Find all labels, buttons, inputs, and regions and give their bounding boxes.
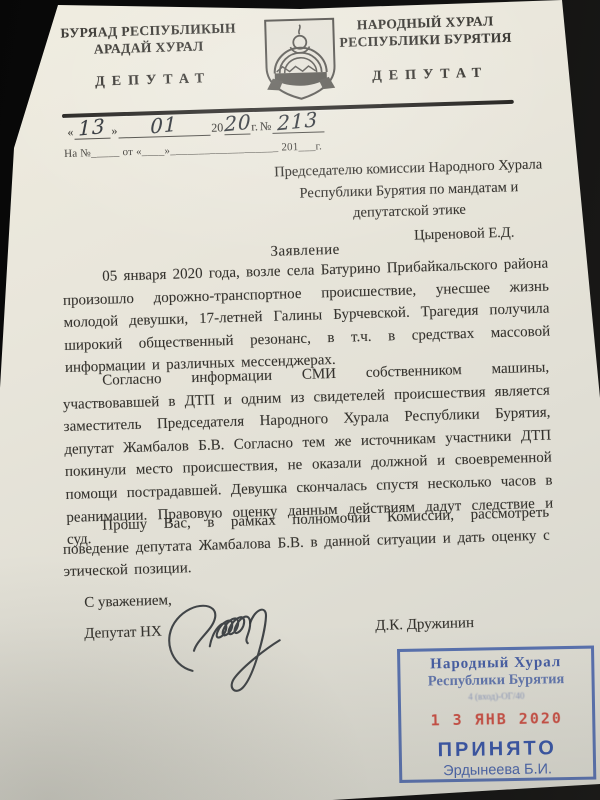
stamp-org-line2: Республики Бурятия bbox=[428, 671, 565, 690]
paper-sheet: БУРЯАД РЕСПУБЛИКЫН АРАДАЙ ХУРАЛ ДЕПУТАТ bbox=[0, 0, 600, 800]
ref-day-underline: 13 bbox=[74, 119, 111, 140]
ref-year-handwritten: 20 bbox=[224, 113, 251, 132]
letterhead-left-org: БУРЯАД РЕСПУБЛИКЫН АРАДАЙ ХУРАЛ bbox=[48, 20, 249, 59]
signer-role: Депутат НХ bbox=[84, 624, 162, 643]
stamp-clerk-name: Эрдынеева Б.И. bbox=[443, 761, 552, 779]
registration-stamp: Народный Хурал Республики Бурятия 4 (вхо… bbox=[397, 646, 596, 783]
stamp-registry-line: 4 (вход)-ОГ/40 bbox=[468, 691, 524, 702]
ref-month-handwritten: 01 bbox=[150, 116, 177, 135]
letterhead-left-role: ДЕПУТАТ bbox=[48, 70, 258, 92]
stamp-status: ПРИНЯТО bbox=[437, 737, 557, 762]
ref-day-handwritten: 13 bbox=[79, 118, 106, 137]
reference-line: « 13 » 01 20 20 г. № 213 bbox=[66, 112, 325, 140]
letterhead-right-role: ДЕПУТАТ bbox=[340, 65, 520, 86]
handwritten-signature bbox=[152, 581, 326, 711]
buryatia-emblem-icon bbox=[258, 14, 343, 109]
ref-year-prefix: 20 bbox=[210, 120, 224, 135]
signer-name: Д.К. Дружинин bbox=[375, 615, 474, 635]
letterhead-right-org: НАРОДНЫЙ ХУРАЛ РЕСПУБЛИКИ БУРЯТИЯ bbox=[335, 13, 516, 51]
stamp-date: 1 3 ЯНВ 2020 bbox=[430, 709, 563, 729]
ref-number-handwritten: 213 bbox=[278, 111, 319, 131]
body-paragraph-3: Прошу Вас, в рамках полномочий Комиссии,… bbox=[62, 502, 551, 584]
ref-month-underline: 01 bbox=[118, 116, 211, 139]
ref-number-sign: № bbox=[259, 119, 273, 134]
photographed-letter: БУРЯАД РЕСПУБЛИКЫН АРАДАЙ ХУРАЛ ДЕПУТАТ bbox=[0, 0, 600, 800]
addressee-block: Председателю комиссии Народного Хурала Р… bbox=[252, 154, 566, 228]
ref-number-underline: 213 bbox=[272, 112, 325, 134]
reference-reply-line: На №_____ от «____»___________________ 2… bbox=[64, 140, 322, 160]
ref-year-underline: 20 bbox=[224, 115, 251, 136]
